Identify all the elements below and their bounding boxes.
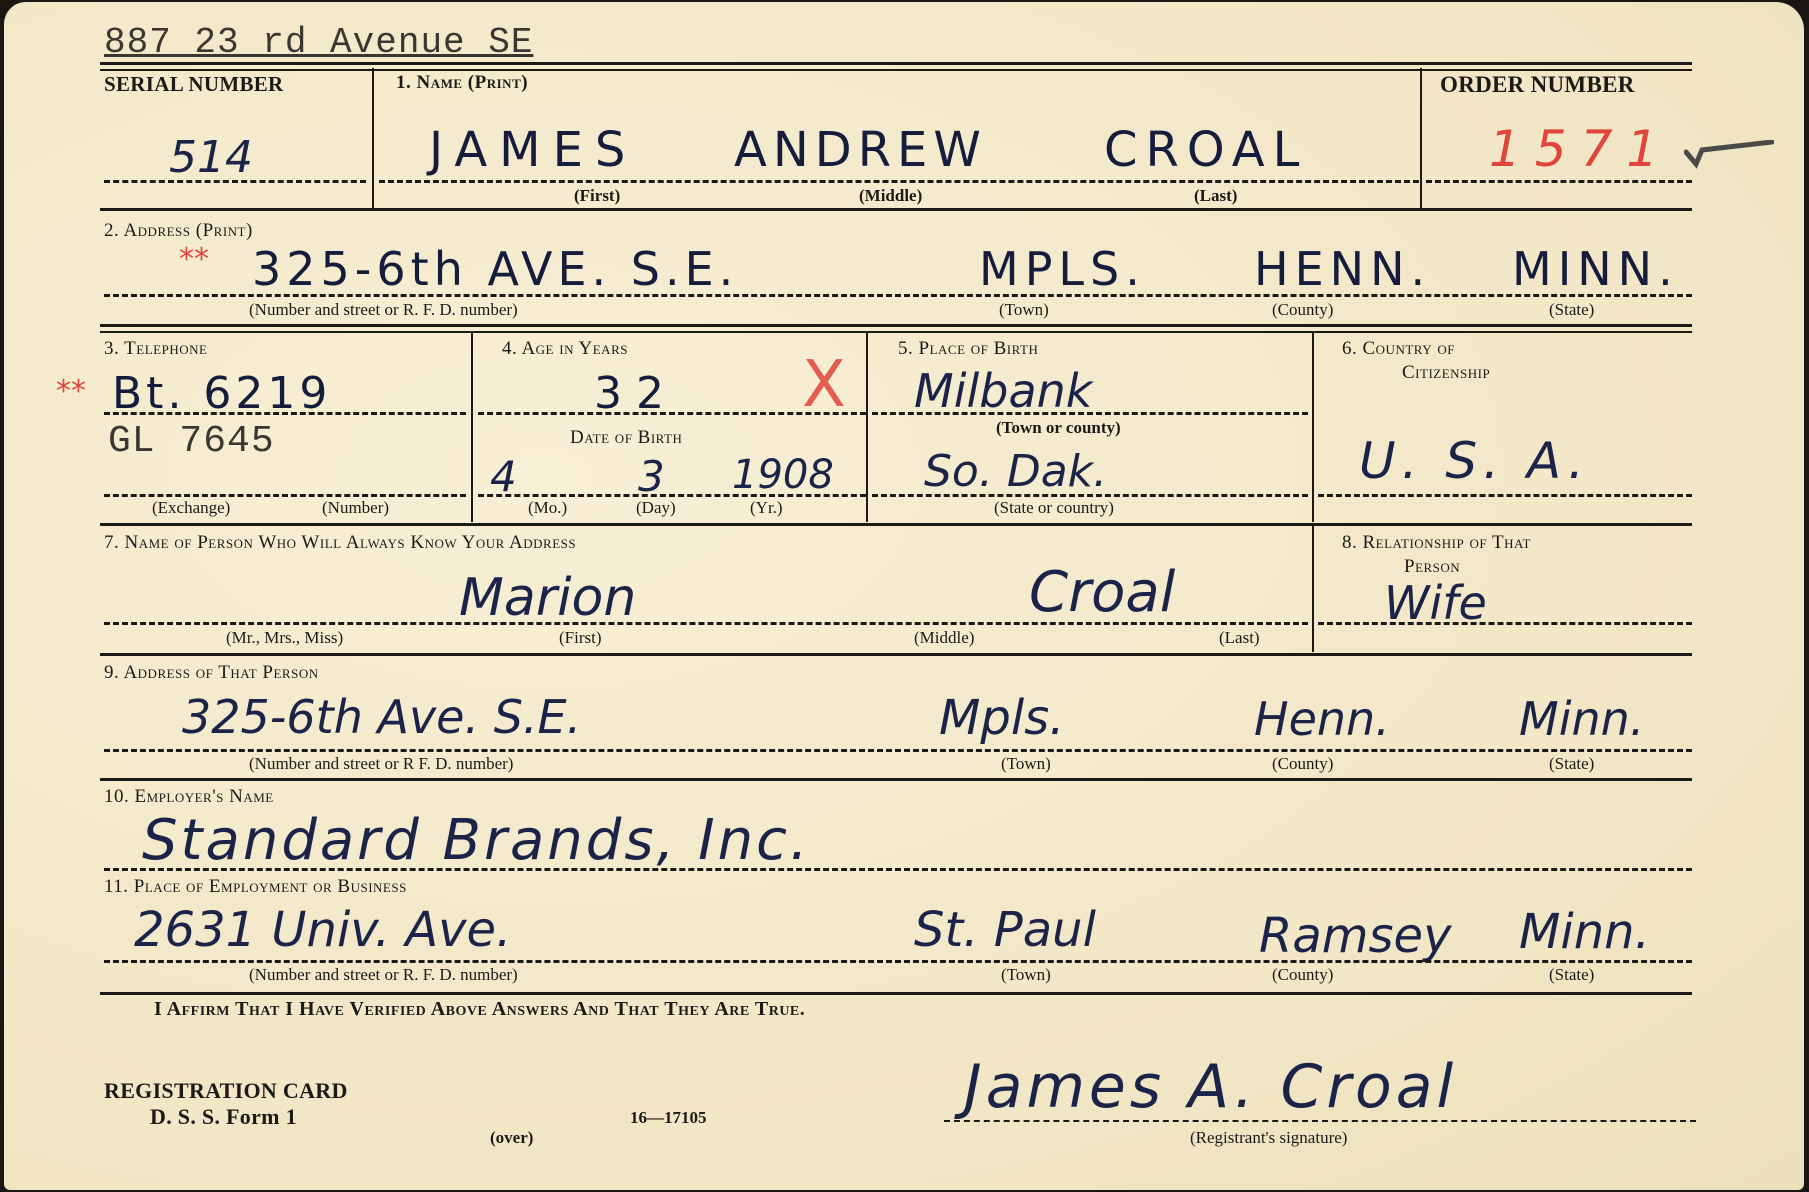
dob-dash xyxy=(478,494,866,497)
employment-county: Ramsey xyxy=(1259,908,1451,964)
form-title: REGISTRATION CARD xyxy=(104,1078,348,1104)
contact-first: Marion xyxy=(459,568,636,628)
contact-address-sub-state: (State) xyxy=(1549,754,1594,774)
address-sub-state: (State) xyxy=(1549,300,1594,320)
divider xyxy=(1312,526,1314,652)
name-sub-middle: (Middle) xyxy=(859,186,922,206)
name-sub-last: (Last) xyxy=(1194,186,1237,206)
contact-address-street: 325-6th Ave. S.E. xyxy=(182,690,581,744)
name-dash xyxy=(379,180,1419,183)
birthplace-sub-state: (State or country) xyxy=(994,498,1114,518)
employer-dash xyxy=(104,868,1692,871)
employment-sub-town: (Town) xyxy=(1001,965,1051,985)
contact-address-sub-street: (Number and street or R F. D. number) xyxy=(249,754,513,774)
red-x-mark: X xyxy=(802,348,846,422)
address-county: HENN. xyxy=(1254,242,1431,296)
rule xyxy=(100,324,1692,333)
name-middle: ANDREW xyxy=(734,122,987,178)
contact-sub-first: (First) xyxy=(559,628,602,648)
employment-label: 11. Place of Employment or Business xyxy=(104,876,407,898)
contact-person-label: 7. Name of Person Who Will Always Know Y… xyxy=(104,532,576,554)
address-label: 2. Address (Print) xyxy=(104,220,253,242)
birthplace-label: 5. Place of Birth xyxy=(898,338,1038,360)
address-dash xyxy=(104,294,1692,297)
over-label: (over) xyxy=(490,1128,533,1148)
registration-card: 887 23 rd Avenue SE SERIAL NUMBER 514 1.… xyxy=(4,2,1804,1190)
employment-dash xyxy=(104,960,1692,963)
rule xyxy=(100,992,1692,995)
rule xyxy=(100,208,1692,211)
birthplace-state: So. Dak. xyxy=(924,446,1107,497)
signature-label: (Registrant's signature) xyxy=(1190,1128,1347,1148)
print-code: 16—17105 xyxy=(630,1108,707,1128)
serial-dash xyxy=(104,180,366,183)
name-last: CROAL xyxy=(1104,122,1307,178)
relationship-label-1: 8. Relationship of That xyxy=(1342,532,1531,554)
address-sub-county: (County) xyxy=(1272,300,1333,320)
employment-state: Minn. xyxy=(1519,904,1650,960)
employment-sub-street: (Number and street or R. F. D. number) xyxy=(249,965,518,985)
order-number-value: 1571 xyxy=(1489,120,1672,178)
address-sub-street: (Number and street or R. F. D. number) xyxy=(249,300,518,320)
employment-street: 2631 Univ. Ave. xyxy=(134,902,511,958)
contact-last: Croal xyxy=(1029,560,1175,625)
citizenship-value: U. S. A. xyxy=(1359,432,1590,490)
signature-dash xyxy=(944,1120,1696,1122)
contact-address-state: Minn. xyxy=(1519,692,1644,746)
telephone-marker: ** xyxy=(56,374,86,409)
form-id: D. S. S. Form 1 xyxy=(150,1104,297,1130)
address-marker: ** xyxy=(179,242,209,277)
telephone-dash-2 xyxy=(104,494,466,497)
relationship-label-2: Person xyxy=(1404,556,1460,578)
dob-sub-month: (Mo.) xyxy=(528,498,567,518)
contact-address-sub-town: (Town) xyxy=(1001,754,1051,774)
divider xyxy=(372,68,374,208)
contact-sub-title: (Mr., Mrs., Miss) xyxy=(226,628,343,648)
dob-label: Date of Birth xyxy=(570,427,682,449)
registrant-signature: James A. Croal xyxy=(964,1052,1457,1122)
citizenship-label-2: Citizenship xyxy=(1402,362,1490,384)
birthplace-town: Milbank xyxy=(914,364,1092,418)
name-first: JAMES xyxy=(429,122,637,178)
check-mark-icon xyxy=(1684,140,1774,175)
contact-sub-middle: (Middle) xyxy=(914,628,974,648)
birthplace-sub-town: (Town or county) xyxy=(996,418,1121,438)
contact-sub-last: (Last) xyxy=(1219,628,1260,648)
order-number-label: ORDER NUMBER xyxy=(1440,72,1635,98)
address-state: MINN. xyxy=(1512,242,1679,296)
dob-year: 1908 xyxy=(732,452,834,498)
divider xyxy=(471,332,473,522)
affirmation-text: I Affirm That I Have Verified Above Answ… xyxy=(154,998,805,1021)
citizenship-label-1: 6. Country of xyxy=(1342,338,1455,360)
name-label: 1. Name (Print) xyxy=(396,72,528,94)
dob-sub-day: (Day) xyxy=(636,498,676,518)
citizenship-dash xyxy=(1318,494,1692,497)
order-dash xyxy=(1426,180,1692,183)
telephone-dash xyxy=(104,412,466,415)
divider xyxy=(866,332,868,522)
contact-address-label: 9. Address of That Person xyxy=(104,662,319,684)
telephone-label: 3. Telephone xyxy=(104,338,207,360)
name-sub-first: (First) xyxy=(574,186,620,206)
serial-number-value: 514 xyxy=(169,132,253,183)
employer-value: Standard Brands, Inc. xyxy=(142,808,811,873)
employment-town: St. Paul xyxy=(914,902,1096,958)
employer-label: 10. Employer's Name xyxy=(104,786,274,808)
contact-address-county: Henn. xyxy=(1254,692,1390,746)
typed-address-header: 887 23 rd Avenue SE xyxy=(104,22,533,63)
contact-sub-title-text: (Mr., Mrs., Miss) xyxy=(226,628,343,647)
address-town: MPLS. xyxy=(979,242,1146,296)
rule xyxy=(100,778,1692,781)
birthplace-dash-2 xyxy=(872,494,1308,497)
divider xyxy=(1312,332,1314,522)
contact-address-sub-county: (County) xyxy=(1272,754,1333,774)
contact-address-dash xyxy=(104,749,1692,752)
divider xyxy=(1420,68,1422,208)
address-street: 325-6th AVE. S.E. xyxy=(252,242,738,296)
age-dash xyxy=(478,412,866,415)
top-rule xyxy=(100,62,1692,71)
telephone-sub-number: (Number) xyxy=(322,498,389,518)
contact-dash xyxy=(104,622,1308,625)
address-sub-town: (Town) xyxy=(999,300,1049,320)
relationship-dash xyxy=(1318,622,1692,625)
employment-sub-state: (State) xyxy=(1549,965,1594,985)
contact-address-town: Mpls. xyxy=(939,690,1064,746)
rule xyxy=(100,523,1692,526)
employment-sub-county: (County) xyxy=(1272,965,1333,985)
dob-sub-year: (Yr.) xyxy=(750,498,783,518)
serial-number-label: SERIAL NUMBER xyxy=(104,72,284,97)
telephone-typed: GL 7645 xyxy=(108,420,275,463)
telephone-sub-exchange: (Exchange) xyxy=(152,498,230,518)
birthplace-dash xyxy=(872,412,1308,415)
rule xyxy=(100,653,1692,656)
age-label: 4. Age in Years xyxy=(502,338,628,360)
